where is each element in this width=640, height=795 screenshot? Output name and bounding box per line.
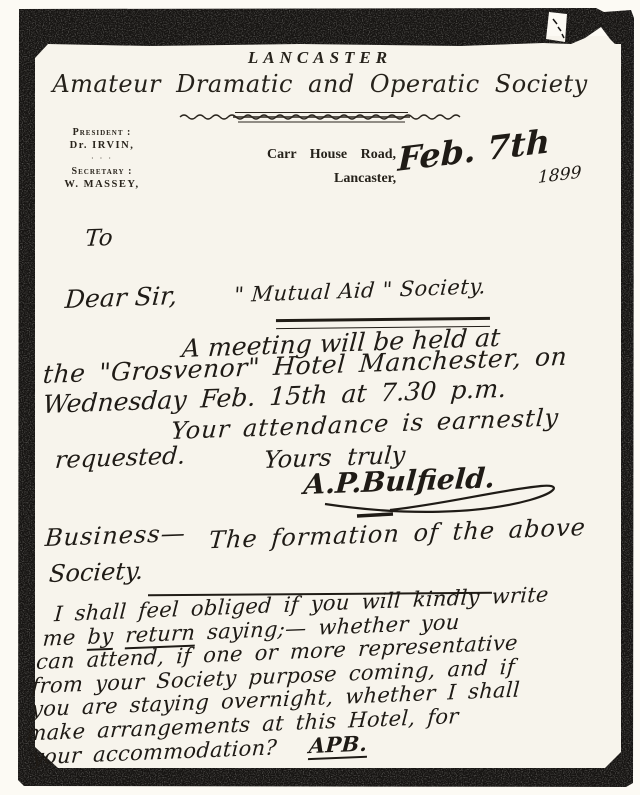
officers-divider-dots: · · · (50, 152, 154, 165)
handwritten-date: Feb. 7th (397, 122, 550, 179)
business-text: The formation of the above (208, 513, 587, 554)
secretary-label: Secretary : (50, 165, 154, 178)
body-line-5: requested. (54, 441, 186, 474)
business-line-2: Society. (48, 557, 144, 588)
addressee-to: To (84, 225, 113, 252)
handwritten-year: 1899 (538, 163, 582, 188)
postscript-line-2-start: me (42, 625, 76, 650)
address-line-2: Lancaster, (334, 171, 396, 187)
address-line-1: Carr House Road, (267, 147, 396, 163)
letterhead-city: LANCASTER (0, 48, 640, 68)
scanned-letter-page: LANCASTER Amateur Dramatic and Operatic … (0, 0, 640, 795)
letterhead-society-name: Amateur Dramatic and Operatic Society (0, 70, 640, 98)
business-label: Business— (44, 519, 187, 552)
officers-block: President : Dr. IRVIN, · · · Secretary :… (50, 126, 154, 191)
letter-content: LANCASTER Amateur Dramatic and Operatic … (0, 0, 640, 795)
postscript-initials: APB. (308, 731, 368, 760)
secretary-name: W. MASSEY, (50, 178, 154, 191)
decorative-wavy-rule (178, 108, 462, 126)
salutation: Dear Sir, (64, 281, 178, 314)
subject-line: " Mutual Aid " Society. (233, 274, 487, 307)
postscript-paragraph: I shall feel obliged if you will kindly … (23, 581, 611, 770)
president-name: Dr. IRVIN, (50, 139, 154, 152)
president-label: President : (50, 126, 154, 139)
